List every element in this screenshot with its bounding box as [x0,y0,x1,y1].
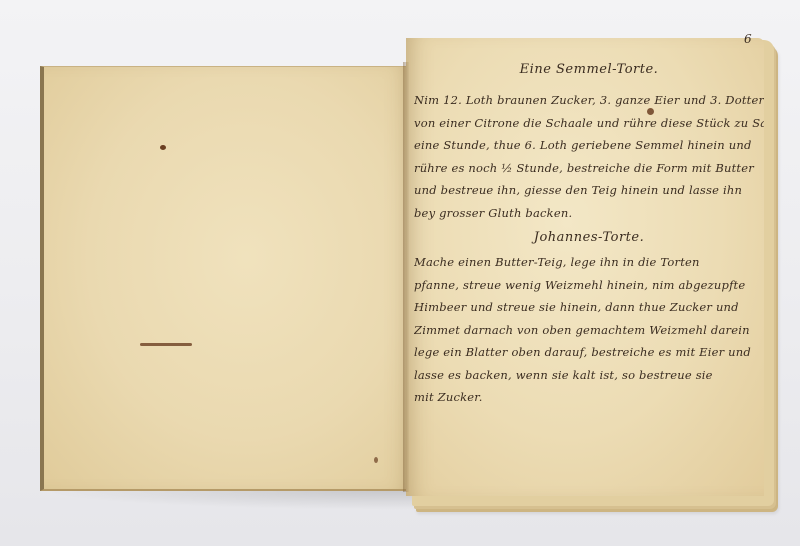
text-line: Zimmet darnach von oben gemachtem Weizme… [414,319,764,342]
text-line: und bestreue ihn, giesse den Teig hinein… [414,179,764,202]
text-line: mit Zucker. [414,386,764,409]
text-line: rühre es noch ½ Stunde, bestreiche die F… [414,157,764,180]
recipe-text: Eine Semmel-Torte. Nim 12. Loth braunen … [414,62,764,409]
text-line: lege ein Blatter oben darauf, bestreiche… [414,341,764,364]
recipe-title: Johannes-Torte. [414,230,764,245]
open-manuscript-book: 6 Eine Semmel-Torte. Nim 12. Loth braune… [0,0,800,546]
text-line: lasse es backen, wenn sie kalt ist, so b… [414,364,764,387]
ink-spot [160,145,166,150]
text-line: Mache einen Butter-Teig, lege ihn in die… [414,251,764,274]
ink-dot [374,457,378,463]
book-gutter [403,62,409,492]
text-line: von einer Citrone die Schaale und rühre … [414,112,764,135]
text-line: pfanne, streue wenig Weizmehl hinein, ni… [414,274,764,297]
left-page-blank [40,66,412,491]
text-line: bey grosser Gluth backen. [414,202,764,225]
page-number: 6 [744,32,752,46]
ink-smear [140,343,192,346]
text-line: Nim 12. Loth braunen Zucker, 3. ganze Ei… [414,89,764,112]
recipe-title: Eine Semmel-Torte. [414,62,764,77]
text-line: Himbeer und streue sie hinein, dann thue… [414,296,764,319]
text-line: eine Stunde, thue 6. Loth geriebene Semm… [414,134,764,157]
